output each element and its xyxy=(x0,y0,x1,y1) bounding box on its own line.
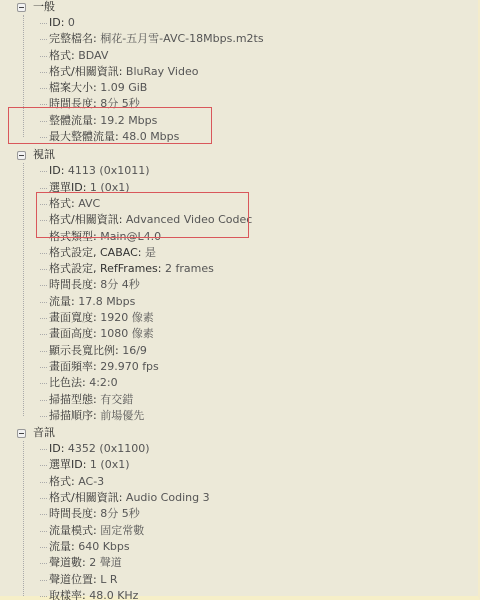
tree-item[interactable]: 畫面頻率: 29.970 fps xyxy=(0,359,480,375)
tree-item[interactable]: ID: 4352 (0x1100) xyxy=(0,441,480,457)
group-label: 一般 xyxy=(33,0,55,13)
tree-item[interactable]: ID: 4113 (0x1011) xyxy=(0,163,480,179)
group-items: ID: 0 完整檔名: 桐花-五月雪-AVC-18Mbps.m2ts 格式: B… xyxy=(0,15,480,145)
tree-item[interactable]: 選單ID: 1 (0x1) xyxy=(0,457,480,473)
tree-group-video: 視訊 ID: 4113 (0x1011) 選單ID: 1 (0x1) 格式: A… xyxy=(0,147,480,424)
group-items: ID: 4113 (0x1011) 選單ID: 1 (0x1) 格式: AVC … xyxy=(0,163,480,424)
tree-item[interactable]: ID: 0 xyxy=(0,15,480,31)
tree-item[interactable]: 比色法: 4:2:0 xyxy=(0,375,480,391)
tree-item[interactable]: 格式設定, RefFrames: 2 frames xyxy=(0,261,480,277)
collapse-minus-icon[interactable] xyxy=(17,429,26,438)
tree-item[interactable]: 格式/相關資訊: Audio Coding 3 xyxy=(0,490,480,506)
tree-item[interactable]: 掃描順序: 前場優先 xyxy=(0,408,480,424)
tree-item[interactable]: 掃描型態: 有交錯 xyxy=(0,392,480,408)
group-label: 音訊 xyxy=(33,426,55,439)
group-items: ID: 4352 (0x1100) 選單ID: 1 (0x1) 格式: AC-3… xyxy=(0,441,480,600)
tree-item[interactable]: 流量模式: 固定常數 xyxy=(0,523,480,539)
tree-item[interactable]: 畫面寬度: 1920 像素 xyxy=(0,310,480,326)
group-header-general[interactable]: 一般 xyxy=(0,0,480,15)
tree-item[interactable]: 時間長度: 8分 5秒 xyxy=(0,506,480,522)
tree-group-general: 一般 ID: 0 完整檔名: 桐花-五月雪-AVC-18Mbps.m2ts 格式… xyxy=(0,0,480,145)
tree-item[interactable]: 最大整體流量: 48.0 Mbps xyxy=(0,129,480,145)
tree-item[interactable]: 格式: AVC xyxy=(0,196,480,212)
tree-item[interactable]: 取樣率: 48.0 KHz xyxy=(0,588,480,600)
group-header-video[interactable]: 視訊 xyxy=(0,147,480,163)
collapse-minus-icon[interactable] xyxy=(17,151,26,160)
tree-item[interactable]: 格式: AC-3 xyxy=(0,474,480,490)
tree-item[interactable]: 完整檔名: 桐花-五月雪-AVC-18Mbps.m2ts xyxy=(0,31,480,47)
tree-item[interactable]: 流量: 640 Kbps xyxy=(0,539,480,555)
group-label: 視訊 xyxy=(33,148,55,161)
collapse-minus-icon[interactable] xyxy=(17,3,26,12)
tree-item[interactable]: 檔案大小: 1.09 GiB xyxy=(0,80,480,96)
tree-item[interactable]: 聲道數: 2 聲道 xyxy=(0,555,480,571)
tree-item[interactable]: 選單ID: 1 (0x1) xyxy=(0,180,480,196)
tree-item[interactable]: 格式: BDAV xyxy=(0,48,480,64)
tree-item[interactable]: 格式/相關資訊: BluRay Video xyxy=(0,64,480,80)
tree-item[interactable]: 整體流量: 19.2 Mbps xyxy=(0,113,480,129)
tree-item[interactable]: 顯示長寬比例: 16/9 xyxy=(0,343,480,359)
tree-item[interactable]: 流量: 17.8 Mbps xyxy=(0,294,480,310)
tree-item[interactable]: 時間長度: 8分 4秒 xyxy=(0,277,480,293)
tree-group-audio: 音訊 ID: 4352 (0x1100) 選單ID: 1 (0x1) 格式: A… xyxy=(0,425,480,600)
media-info-tree[interactable]: 一般 ID: 0 完整檔名: 桐花-五月雪-AVC-18Mbps.m2ts 格式… xyxy=(0,0,480,600)
tree-item[interactable]: 格式類型: Main@L4.0 xyxy=(0,229,480,245)
tree-item[interactable]: 時間長度: 8分 5秒 xyxy=(0,96,480,112)
tree-item[interactable]: 聲道位置: L R xyxy=(0,572,480,588)
group-header-audio[interactable]: 音訊 xyxy=(0,425,480,441)
tree-item[interactable]: 格式設定, CABAC: 是 xyxy=(0,245,480,261)
tree-item[interactable]: 格式/相關資訊: Advanced Video Codec xyxy=(0,212,480,228)
tree-item[interactable]: 畫面高度: 1080 像素 xyxy=(0,326,480,342)
